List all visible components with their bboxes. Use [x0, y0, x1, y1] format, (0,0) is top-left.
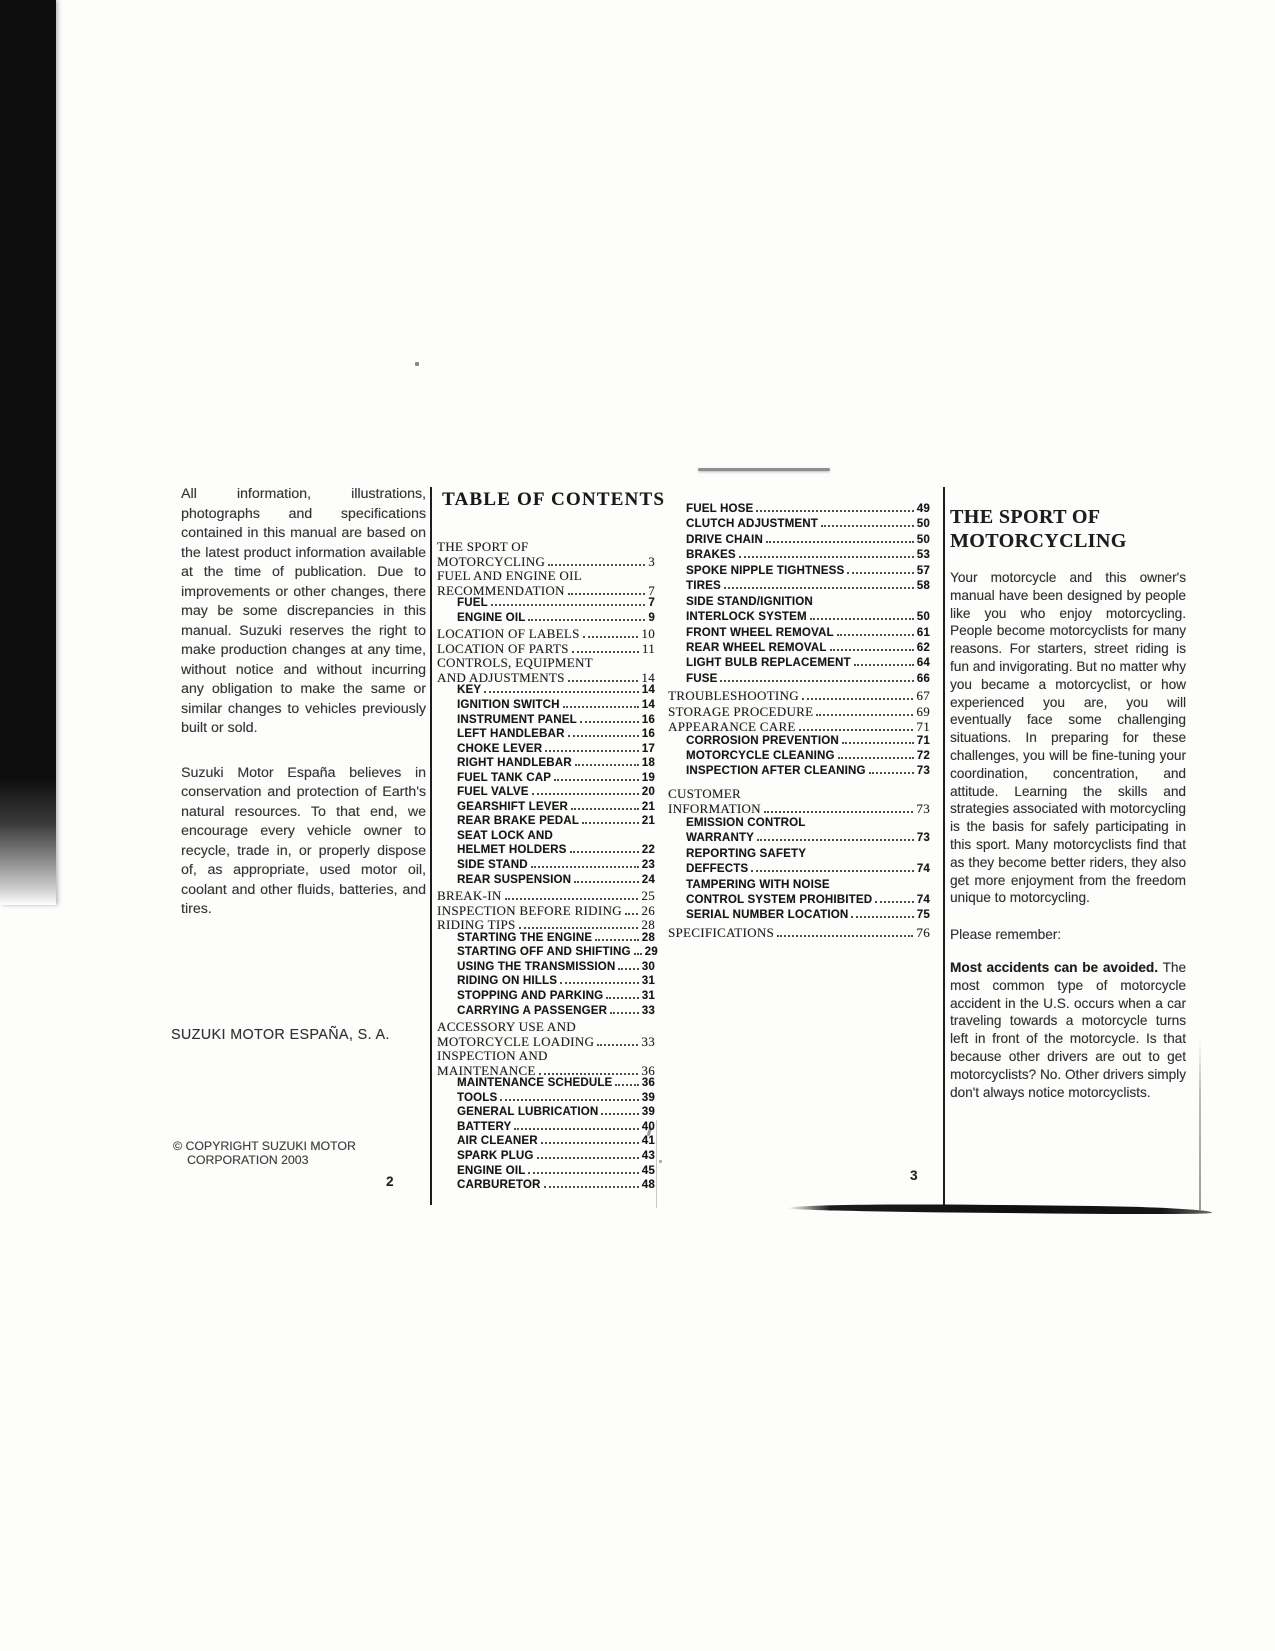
toc-entry: LIGHT BULB REPLACEMENT64	[668, 657, 930, 672]
toc-entry-label: CHOKE LEVER	[457, 743, 542, 755]
toc-entry: CUSTOMER	[668, 786, 930, 801]
toc-page-number: 76	[916, 925, 930, 941]
section-heading-line2: MOTORCYCLING	[950, 529, 1186, 553]
toc-dot-leader	[514, 1128, 638, 1130]
toc-dot-leader	[838, 757, 914, 759]
toc-dot-leader	[572, 651, 639, 653]
toc-entry: STARTING OFF AND SHIFTING29	[437, 946, 655, 961]
toc-dot-leader	[618, 968, 638, 970]
toc-dot-leader	[570, 851, 639, 853]
toc-dot-leader	[544, 1186, 639, 1188]
toc-page-number: 62	[917, 642, 930, 654]
toc-page-number: 39	[642, 1092, 655, 1104]
toc-dot-leader	[580, 721, 639, 723]
toc-entry-label: SIDE STAND	[457, 859, 528, 871]
scanned-manual-spread: All information, illustrations, photogra…	[0, 0, 1275, 1651]
scan-artifact-page-edge	[1199, 1040, 1201, 1210]
toc-entry-label: IGNITION SWITCH	[457, 699, 560, 711]
toc-entry-label: REAR WHEEL REMOVAL	[686, 642, 827, 654]
toc-entry: RIGHT HANDLEBAR18	[437, 757, 655, 772]
toc-page-number: 36	[642, 1077, 655, 1089]
toc-page-number: 31	[642, 990, 655, 1002]
toc-entry-label: STARTING OFF AND SHIFTING	[457, 946, 631, 958]
toc-entry-label: APPEARANCE CARE	[668, 719, 796, 735]
toc-page-number: 61	[917, 627, 930, 639]
toc-dot-leader	[802, 698, 914, 700]
accidents-paragraph: Most accidents can be avoided. The most …	[950, 959, 1186, 1101]
toc-page-number: 16	[642, 714, 655, 726]
toc-page-number: 67	[916, 688, 930, 704]
toc-entry-label: TROUBLESHOOTING	[668, 688, 799, 704]
toc-page-number: 21	[642, 801, 655, 813]
toc-entry-label: ENGINE OIL	[457, 1165, 525, 1177]
toc-entry: INTERLOCK SYSTEM50	[668, 611, 930, 626]
toc-entry-label: SERIAL NUMBER LOCATION	[686, 909, 848, 921]
toc-dot-leader	[575, 764, 639, 766]
toc-entry: SIDE STAND/IGNITION	[668, 596, 930, 611]
toc-page-number: 23	[642, 859, 655, 871]
toc-entry-label: REAR BRAKE PEDAL	[457, 815, 579, 827]
toc-entry: GEARSHIFT LEVER21	[437, 801, 655, 816]
toc-entry: REAR BRAKE PEDAL21	[437, 815, 655, 830]
toc-entry: ENGINE OIL45	[437, 1165, 655, 1180]
toc-page-number: 41	[642, 1135, 655, 1147]
toc-entry: THE SPORT OF	[437, 539, 655, 554]
toc-entry: IGNITION SWITCH14	[437, 699, 655, 714]
toc-entry-label: CARBURETOR	[457, 1179, 541, 1191]
toc-page-number: 73	[917, 765, 930, 777]
toc-entry: DRIVE CHAIN50	[668, 534, 930, 549]
toc-entry-label: FRONT WHEEL REMOVAL	[686, 627, 834, 639]
toc-entry-label: INSTRUMENT PANEL	[457, 714, 577, 726]
toc-page-number: 22	[642, 844, 655, 856]
environment-paragraph: Suzuki Motor España believes in conserva…	[181, 764, 426, 920]
toc-entry: INSPECTION AND	[437, 1048, 655, 1063]
toc-page-number: 28	[642, 932, 655, 944]
toc-entry: GENERAL LUBRICATION39	[437, 1106, 655, 1121]
toc-entry-label: FUEL VALVE	[457, 786, 529, 798]
toc-entry: FUEL HOSE49	[668, 503, 930, 518]
toc-entry: EMISSION CONTROL	[668, 817, 930, 832]
toc-entry-label: MAINTENANCE SCHEDULE	[457, 1077, 612, 1089]
toc-entry: REAR WHEEL REMOVAL62	[668, 642, 930, 657]
toc-dot-leader	[491, 604, 646, 606]
toc-dot-leader	[634, 953, 642, 955]
toc-dot-leader	[720, 680, 913, 682]
toc-page-number: 14	[642, 699, 655, 711]
toc-page-number: 71	[916, 719, 930, 735]
toc-dot-leader	[610, 1012, 639, 1014]
scan-artifact-gutter-line	[656, 1120, 657, 1208]
toc-dot-leader	[583, 636, 639, 638]
toc-entry-label: LIGHT BULB REPLACEMENT	[686, 657, 851, 669]
toc-entry: AND ADJUSTMENTS14	[437, 670, 655, 685]
scan-edge-black-bar	[0, 0, 56, 905]
toc-dot-leader	[757, 839, 914, 841]
toc-entry: MAINTENANCE36	[437, 1063, 655, 1078]
toc-entry: FRONT WHEEL REMOVAL61	[668, 627, 930, 642]
toc-entry: STORAGE PROCEDURE69	[668, 704, 930, 719]
toc-dot-leader	[532, 793, 639, 795]
toc-page-number: 21	[642, 815, 655, 827]
toc-entry: LEFT HANDLEBAR16	[437, 728, 655, 743]
toc-entry-label: LEFT HANDLEBAR	[457, 728, 565, 740]
toc-entry: TROUBLESHOOTING67	[668, 688, 930, 703]
toc-dot-leader	[777, 935, 913, 937]
toc-entry-label: TIRES	[686, 580, 721, 592]
toc-page-number: 58	[917, 580, 930, 592]
toc-page-number: 19	[642, 772, 655, 784]
toc-entry: DEFFECTS74	[668, 863, 930, 878]
toc-entry-label: DEFFECTS	[686, 863, 748, 875]
company-name: SUZUKI MOTOR ESPAÑA, S. A.	[171, 1027, 426, 1043]
toc-page-number: 31	[642, 975, 655, 987]
toc-page-number: 18	[642, 757, 655, 769]
toc-entry: ACCESSORY USE AND	[437, 1019, 655, 1034]
column-divider	[943, 487, 945, 1205]
toc-entry-label: SPOKE NIPPLE TIGHTNESS	[686, 565, 844, 577]
disclaimer-paragraph: All information, illustrations, photogra…	[181, 485, 426, 739]
toc-dot-leader	[810, 618, 914, 620]
toc-dot-leader	[724, 587, 914, 589]
toc-page-number: 11	[642, 641, 655, 657]
toc-entry-label: AIR CLEANER	[457, 1135, 538, 1147]
toc-entry: ENGINE OIL9	[437, 612, 655, 627]
toc-page-number: 24	[642, 874, 655, 886]
toc-dot-leader	[505, 898, 639, 900]
toc-title: TABLE OF CONTENTS	[442, 489, 655, 511]
toc-entry-label: STOPPING AND PARKING	[457, 990, 603, 1002]
toc-page-number: 3	[648, 554, 655, 570]
toc-entry-label: SIDE STAND/IGNITION	[686, 596, 813, 608]
toc-entry: CONTROL SYSTEM PROHIBITED74	[668, 894, 930, 909]
toc-page-number: 45	[642, 1165, 655, 1177]
toc-entry: WARRANTY73	[668, 832, 930, 847]
toc-dot-leader	[869, 772, 914, 774]
toc-page-number: 16	[642, 728, 655, 740]
toc-dot-leader	[597, 1044, 638, 1046]
toc-dot-leader	[545, 750, 639, 752]
toc-dot-leader	[500, 1099, 638, 1101]
toc-page-number: 33	[642, 1005, 655, 1017]
sport-of-motorcycling-column: THE SPORT OF MOTORCYCLING Your motorcycl…	[950, 505, 1186, 1101]
toc-entry: MOTORCYCLING3	[437, 554, 655, 569]
toc-dot-leader	[854, 664, 914, 666]
toc-entry: BREAK-IN25	[437, 888, 655, 903]
toc-entry-label: CARRYING A PASSENGER	[457, 1005, 607, 1017]
toc-dot-leader	[539, 1073, 639, 1075]
toc-entry: CARBURETOR48	[437, 1179, 655, 1194]
toc-page-number: 17	[642, 743, 655, 755]
toc-dot-leader	[571, 808, 639, 810]
toc-entry: MOTORCYCLE CLEANING72	[668, 750, 930, 765]
toc-page-number: 30	[642, 961, 655, 973]
toc-entry: CORROSION PREVENTION71	[668, 735, 930, 750]
page-number-left: 2	[386, 1174, 394, 1189]
toc-entry: FUEL VALVE20	[437, 786, 655, 801]
toc-page-number: 64	[917, 657, 930, 669]
toc-entry: RIDING ON HILLS31	[437, 975, 655, 990]
toc-dot-leader	[528, 619, 645, 621]
toc-page-number: 7	[648, 597, 655, 609]
toc-page-number: 53	[917, 549, 930, 561]
toc-entry-label: CUSTOMER	[668, 786, 741, 802]
toc-entry: CONTROLS, EQUIPMENT	[437, 655, 655, 670]
scan-artifact-bottom-streak	[788, 1203, 1212, 1215]
toc-entry-label: BATTERY	[457, 1121, 511, 1133]
toc-entry-label: REAR SUSPENSION	[457, 874, 571, 886]
toc-dot-leader	[548, 564, 645, 566]
toc-entry-label: KEY	[457, 684, 481, 696]
toc-list-left: THE SPORT OFMOTORCYCLING3FUEL AND ENGINE…	[437, 539, 655, 1194]
toc-entry: TAMPERING WITH NOISE	[668, 879, 930, 894]
toc-dot-leader	[615, 1084, 638, 1086]
accidents-body: The most common type of motorcycle accid…	[950, 960, 1186, 1100]
toc-dot-leader	[739, 556, 914, 558]
toc-page-number: 71	[917, 735, 930, 747]
toc-entry: INSPECTION BEFORE RIDING26	[437, 903, 655, 918]
toc-dot-leader	[821, 525, 914, 527]
toc-dot-leader	[568, 593, 645, 595]
toc-dot-leader	[837, 634, 914, 636]
toc-entry: SPECIFICATIONS76	[668, 925, 930, 940]
left-page-text-column: All information, illustrations, photogra…	[181, 485, 426, 1167]
toc-entry-label: DRIVE CHAIN	[686, 534, 763, 546]
toc-dot-leader	[519, 927, 639, 929]
toc-entry: INSPECTION AFTER CLEANING73	[668, 765, 930, 780]
toc-entry-label: EMISSION CONTROL	[686, 817, 805, 829]
toc-dot-leader	[568, 735, 639, 737]
toc-column-left: TABLE OF CONTENTS THE SPORT OFMOTORCYCLI…	[437, 489, 655, 1194]
toc-dot-leader	[484, 691, 639, 693]
toc-entry: APPEARANCE CARE71	[668, 719, 930, 734]
toc-entry: LOCATION OF LABELS10	[437, 626, 655, 641]
toc-dot-leader	[756, 510, 913, 512]
column-divider	[430, 487, 432, 1205]
toc-page-number: 74	[917, 894, 930, 906]
toc-page-number: 69	[916, 704, 930, 720]
toc-entry-label: SPECIFICATIONS	[668, 925, 774, 941]
toc-entry-label: GENERAL LUBRICATION	[457, 1106, 598, 1118]
toc-dot-leader	[537, 1157, 639, 1159]
toc-entry-label: STARTING THE ENGINE	[457, 932, 592, 944]
accidents-bold-lead: Most accidents can be avoided.	[950, 960, 1158, 975]
toc-entry-label: USING THE TRANSMISSION	[457, 961, 615, 973]
toc-dot-leader	[625, 913, 639, 915]
toc-page-number: 74	[917, 863, 930, 875]
toc-dot-leader	[842, 742, 914, 744]
toc-dot-leader	[531, 866, 639, 868]
toc-entry: MAINTENANCE SCHEDULE36	[437, 1077, 655, 1092]
toc-entry: CLUTCH ADJUSTMENT50	[668, 518, 930, 533]
toc-column-right: FUEL HOSE49CLUTCH ADJUSTMENT50DRIVE CHAI…	[668, 503, 930, 940]
toc-dot-leader	[766, 541, 914, 543]
toc-entry: MOTORCYCLE LOADING33	[437, 1034, 655, 1049]
toc-entry-label: FUEL HOSE	[686, 503, 753, 515]
toc-page-number: 75	[917, 909, 930, 921]
toc-entry: SPARK PLUG43	[437, 1150, 655, 1165]
copyright-notice: © COPYRIGHT SUZUKI MOTOR CORPORATION 200…	[173, 1139, 426, 1167]
toc-dot-leader	[751, 870, 914, 872]
toc-page-number: 57	[917, 565, 930, 577]
toc-dot-leader	[528, 1172, 638, 1174]
please-remember-line: Please remember:	[950, 926, 1186, 944]
toc-entry: REAR SUSPENSION24	[437, 874, 655, 889]
toc-entry-label: TAMPERING WITH NOISE	[686, 879, 830, 891]
toc-entry-label: FUEL TANK CAP	[457, 772, 551, 784]
toc-entry-label: ENGINE OIL	[457, 612, 525, 624]
copyright-line1: © COPYRIGHT SUZUKI MOTOR	[173, 1139, 426, 1153]
toc-dot-leader	[560, 982, 639, 984]
toc-page-number: 14	[642, 684, 655, 696]
sport-intro-paragraph: Your motorcycle and this owner's manual …	[950, 569, 1186, 907]
section-heading-line1: THE SPORT OF	[950, 505, 1186, 529]
toc-entry: STARTING THE ENGINE28	[437, 932, 655, 947]
toc-entry-label: FUEL	[457, 597, 488, 609]
toc-entry: INSTRUMENT PANEL16	[437, 714, 655, 729]
toc-page-number: 20	[642, 786, 655, 798]
toc-page-number: 48	[642, 1179, 655, 1191]
toc-dot-leader	[582, 822, 639, 824]
toc-entry: SEAT LOCK AND	[437, 830, 655, 845]
toc-page-number: 43	[642, 1150, 655, 1162]
toc-entry: AIR CLEANER41	[437, 1135, 655, 1150]
toc-page-number: 9	[648, 612, 655, 624]
toc-entry: REPORTING SAFETY	[668, 848, 930, 863]
toc-entry: LOCATION OF PARTS11	[437, 641, 655, 656]
toc-entry-label: GEARSHIFT LEVER	[457, 801, 568, 813]
toc-dot-leader	[601, 1113, 638, 1115]
toc-entry-label: SEAT LOCK AND	[457, 830, 553, 842]
toc-dot-leader	[851, 916, 913, 918]
toc-entry-label: MOTORCYCLE CLEANING	[686, 750, 835, 762]
toc-page-number: 50	[917, 518, 930, 530]
toc-entry: SERIAL NUMBER LOCATION75	[668, 909, 930, 924]
toc-entry: TOOLS39	[437, 1092, 655, 1107]
toc-entry-label: REPORTING SAFETY	[686, 848, 806, 860]
toc-dot-leader	[563, 706, 639, 708]
page-number-right: 3	[910, 1168, 918, 1183]
toc-entry: CHOKE LEVER17	[437, 743, 655, 758]
toc-entry: FUEL AND ENGINE OIL	[437, 568, 655, 583]
toc-entry-label: INSPECTION AFTER CLEANING	[686, 765, 866, 777]
toc-entry-label: CONTROL SYSTEM PROHIBITED	[686, 894, 872, 906]
toc-entry: HELMET HOLDERS22	[437, 844, 655, 859]
toc-page-number: 50	[917, 534, 930, 546]
toc-entry: TIRES58	[668, 580, 930, 595]
toc-entry-label: CORROSION PREVENTION	[686, 735, 839, 747]
toc-dot-leader	[816, 714, 913, 716]
toc-entry: USING THE TRANSMISSION30	[437, 961, 655, 976]
toc-entry-label: SPARK PLUG	[457, 1150, 534, 1162]
toc-entry-label: RIGHT HANDLEBAR	[457, 757, 572, 769]
toc-page-number: 66	[917, 673, 930, 685]
toc-entry: KEY14	[437, 684, 655, 699]
toc-entry-label: RIDING ON HILLS	[457, 975, 557, 987]
toc-entry: FUEL TANK CAP19	[437, 772, 655, 787]
toc-entry-label: STORAGE PROCEDURE	[668, 704, 813, 720]
copyright-line2: CORPORATION 2003	[173, 1153, 426, 1167]
toc-dot-leader	[541, 1142, 639, 1144]
toc-page-number: 49	[917, 503, 930, 515]
toc-dot-leader	[799, 729, 914, 731]
toc-dot-leader	[847, 572, 913, 574]
toc-page-number: 39	[642, 1106, 655, 1118]
toc-dot-leader	[595, 939, 639, 941]
toc-entry: BRAKES53	[668, 549, 930, 564]
scan-speck	[659, 1160, 662, 1163]
toc-page-number: 72	[917, 750, 930, 762]
toc-entry-label: INTERLOCK SYSTEM	[686, 611, 807, 623]
scan-speck	[415, 362, 419, 366]
toc-entry: STOPPING AND PARKING31	[437, 990, 655, 1005]
scan-artifact-top-line	[698, 468, 830, 471]
toc-entry: SPOKE NIPPLE TIGHTNESS57	[668, 565, 930, 580]
toc-entry: INFORMATION73	[668, 801, 930, 816]
toc-entry: BATTERY40	[437, 1121, 655, 1136]
toc-dot-leader	[568, 680, 639, 682]
toc-entry: RIDING TIPS28	[437, 917, 655, 932]
toc-entry-label: BRAKES	[686, 549, 736, 561]
toc-entry-label: INFORMATION	[668, 801, 761, 817]
toc-dot-leader	[554, 779, 639, 781]
toc-entry: CARRYING A PASSENGER33	[437, 1005, 655, 1020]
toc-page-number: 29	[645, 946, 658, 958]
toc-page-number: 33	[641, 1034, 655, 1050]
toc-list-right: FUEL HOSE49CLUTCH ADJUSTMENT50DRIVE CHAI…	[668, 503, 930, 940]
toc-entry-label: FUSE	[686, 673, 717, 685]
section-heading: THE SPORT OF MOTORCYCLING	[950, 505, 1186, 553]
toc-page-number: 50	[917, 611, 930, 623]
toc-dot-leader	[606, 997, 639, 999]
toc-entry: SIDE STAND23	[437, 859, 655, 874]
toc-entry-label: TOOLS	[457, 1092, 497, 1104]
toc-dot-leader	[574, 881, 639, 883]
toc-entry-label: CLUTCH ADJUSTMENT	[686, 518, 818, 530]
toc-dot-leader	[830, 649, 914, 651]
toc-dot-leader	[875, 901, 914, 903]
toc-dot-leader	[764, 811, 914, 813]
toc-entry: FUEL7	[437, 597, 655, 612]
toc-page-number: 40	[642, 1121, 655, 1133]
toc-entry: FUSE66	[668, 673, 930, 688]
toc-entry-label: WARRANTY	[686, 832, 754, 844]
toc-entry-label: HELMET HOLDERS	[457, 844, 567, 856]
toc-page-number: 73	[917, 832, 930, 844]
toc-entry: RECOMMENDATION7	[437, 583, 655, 598]
toc-page-number: 73	[916, 801, 930, 817]
